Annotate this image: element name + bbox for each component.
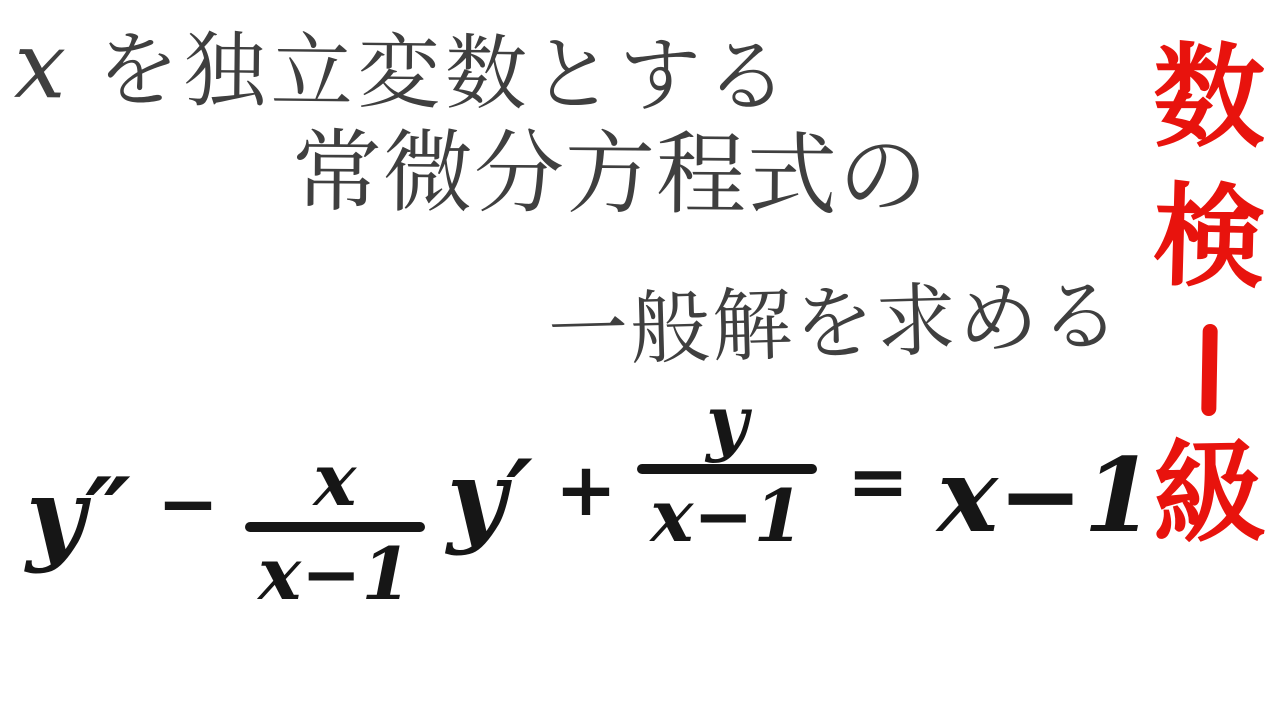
eq-y-double-prime: y″	[26, 465, 131, 567]
badge-char-ken: 検	[1152, 181, 1267, 296]
badge-char-kyuu: 級	[1152, 437, 1266, 551]
heading-line-2: 常微分方程式の	[292, 126, 930, 225]
badge-char-suu: 数	[1153, 42, 1265, 154]
eq-fraction-x-over-x-minus-1: x x−1	[245, 446, 425, 610]
heading-line-3-text: 一般解を求める	[547, 269, 1123, 378]
handwritten-note-canvas: xを独立変数とする 常微分方程式の 一般解を求める y″ − x x−1 y′ …	[0, 0, 1280, 720]
eq-fraction-y-over-x-minus-1: y x−1	[637, 388, 817, 552]
heading-line-1: xを独立変数とする	[14, 18, 794, 123]
eq-minus-operator: −	[157, 467, 219, 541]
eq-frac2-numerator: y	[706, 388, 748, 456]
eq-frac1-numerator: x	[313, 446, 356, 514]
eq-frac1-denominator: x−1	[258, 538, 411, 610]
heading-line-1-text: を独立変数とする	[96, 23, 793, 125]
eq-right-hand-side: x−1	[937, 445, 1154, 547]
badge-char-one-stroke	[1201, 324, 1218, 416]
eq-equals-sign: =	[847, 445, 909, 519]
eq-frac2-denominator: x−1	[650, 480, 803, 552]
suken-level1-badge: 数 検 級	[1144, 42, 1274, 550]
heading-variable-x: x	[13, 12, 71, 120]
eq-plus-operator: +	[555, 453, 617, 527]
eq-y-prime: y′	[447, 447, 533, 549]
heading-line-3: 一般解を求める	[547, 274, 1123, 374]
differential-equation: y″ − x x−1 y′ + y x−1 = x−1	[26, 418, 1146, 582]
heading-line-2-text: 常微分方程式の	[292, 120, 930, 229]
